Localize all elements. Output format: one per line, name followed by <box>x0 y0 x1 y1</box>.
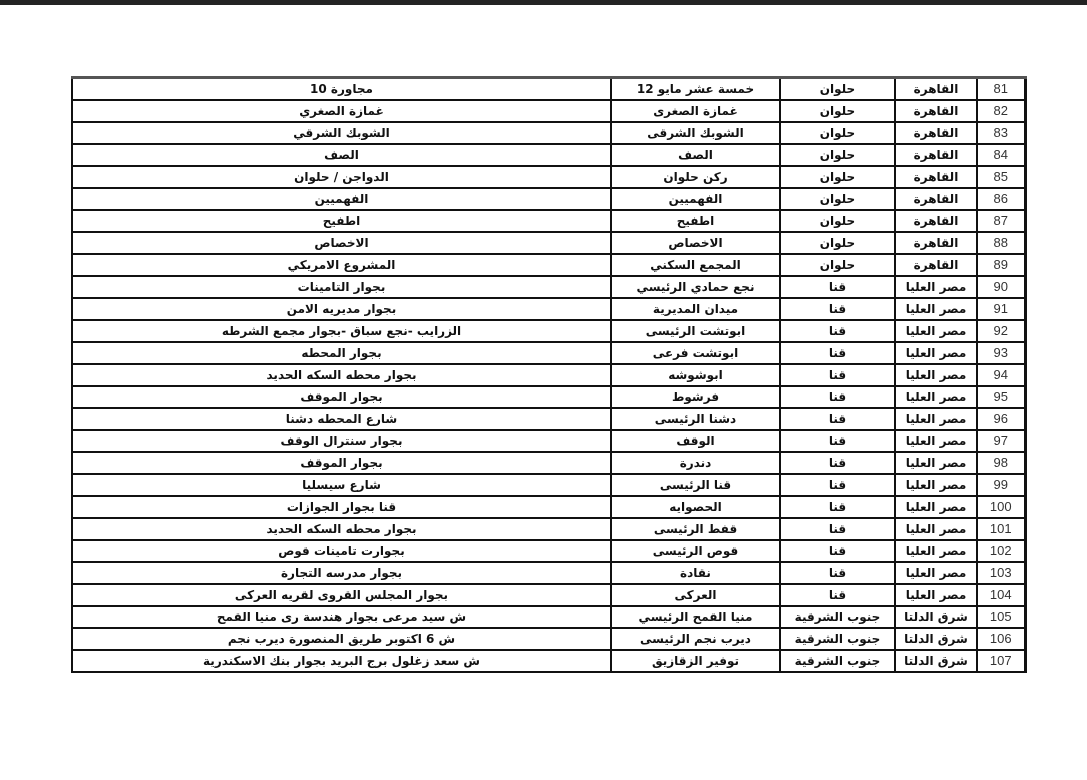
area-cell: حلوان <box>780 188 895 210</box>
branch-cell: ركن حلوان <box>611 166 780 188</box>
area-cell: قنا <box>780 408 895 430</box>
region-cell: شرق الدلتا <box>895 628 977 650</box>
branch-cell: غمازة الصغرى <box>611 100 780 122</box>
table-row: 102 مصر العليا قنا قوص الرئيسى بجوارت تا… <box>72 540 1025 562</box>
branch-cell: دندرة <box>611 452 780 474</box>
address-cell: بجوار التامينات <box>72 276 611 298</box>
address-cell: بجوار الموقف <box>72 452 611 474</box>
area-cell: حلوان <box>780 78 895 101</box>
branch-cell: اطفيح <box>611 210 780 232</box>
table-row: 92 مصر العليا قنا ابوتشت الرئيسى الزرايب… <box>72 320 1025 342</box>
region-cell: مصر العليا <box>895 496 977 518</box>
region-cell: القاهرة <box>895 188 977 210</box>
address-cell: ش سيد مرعى بجوار هندسة رى منيا القمح <box>72 606 611 628</box>
region-cell: مصر العليا <box>895 364 977 386</box>
address-cell: مجاورة 10 <box>72 78 611 101</box>
branch-cell: ابوتشت الرئيسى <box>611 320 780 342</box>
address-cell: بجوار المحطه <box>72 342 611 364</box>
area-cell: قنا <box>780 584 895 606</box>
table-row: 101 مصر العليا قنا قفط الرئيسى بجوار محط… <box>72 518 1025 540</box>
row-number-cell: 93 <box>977 342 1025 364</box>
address-cell: ش 6 اكتوبر طريق المنصورة ديرب نجم <box>72 628 611 650</box>
area-cell: قنا <box>780 364 895 386</box>
area-cell: قنا <box>780 342 895 364</box>
table-row: 104 مصر العليا قنا العركى بجوار المجلس ا… <box>72 584 1025 606</box>
address-cell: الصف <box>72 144 611 166</box>
row-number-cell: 84 <box>977 144 1025 166</box>
address-cell: الدواجن / حلوان <box>72 166 611 188</box>
region-cell: مصر العليا <box>895 430 977 452</box>
address-cell: الفهميين <box>72 188 611 210</box>
region-cell: مصر العليا <box>895 342 977 364</box>
branch-cell: العركى <box>611 584 780 606</box>
table-row: 81 القاهرة حلوان خمسة عشر مايو 12 مجاورة… <box>72 78 1025 101</box>
table-row: 97 مصر العليا قنا الوقف بجوار سنترال الو… <box>72 430 1025 452</box>
region-cell: القاهرة <box>895 166 977 188</box>
table-row: 94 مصر العليا قنا ابوشوشه بجوار محطه الس… <box>72 364 1025 386</box>
branch-cell: ديرب نجم الرئيسى <box>611 628 780 650</box>
area-cell: حلوان <box>780 254 895 276</box>
branch-cell: قنا الرئيسى <box>611 474 780 496</box>
region-cell: القاهرة <box>895 210 977 232</box>
region-cell: شرق الدلتا <box>895 650 977 672</box>
branch-cell: منيا القمح الرئيسي <box>611 606 780 628</box>
branch-cell: ابوتشت فرعى <box>611 342 780 364</box>
region-cell: القاهرة <box>895 232 977 254</box>
branch-cell: قوص الرئيسى <box>611 540 780 562</box>
row-number-cell: 86 <box>977 188 1025 210</box>
table-row: 106 شرق الدلتا جنوب الشرقية ديرب نجم الر… <box>72 628 1025 650</box>
branch-cell: ميدان المديرية <box>611 298 780 320</box>
region-cell: شرق الدلتا <box>895 606 977 628</box>
row-number-cell: 82 <box>977 100 1025 122</box>
area-cell: حلوان <box>780 232 895 254</box>
row-number-cell: 106 <box>977 628 1025 650</box>
area-cell: قنا <box>780 496 895 518</box>
row-number-cell: 87 <box>977 210 1025 232</box>
area-cell: حلوان <box>780 122 895 144</box>
region-cell: القاهرة <box>895 78 977 101</box>
address-cell: غمازة الصغري <box>72 100 611 122</box>
branch-cell: المجمع السكني <box>611 254 780 276</box>
address-cell: شارع المحطه دشنا <box>72 408 611 430</box>
row-number-cell: 88 <box>977 232 1025 254</box>
table-row: 89 القاهرة حلوان المجمع السكني المشروع ا… <box>72 254 1025 276</box>
area-cell: قنا <box>780 276 895 298</box>
row-number-cell: 101 <box>977 518 1025 540</box>
region-cell: مصر العليا <box>895 474 977 496</box>
region-cell: مصر العليا <box>895 452 977 474</box>
row-number-cell: 102 <box>977 540 1025 562</box>
region-cell: القاهرة <box>895 122 977 144</box>
area-cell: قنا <box>780 518 895 540</box>
branch-cell: دشنا الرئيسى <box>611 408 780 430</box>
table-row: 98 مصر العليا قنا دندرة بجوار الموقف <box>72 452 1025 474</box>
region-cell: القاهرة <box>895 254 977 276</box>
address-cell: ش سعد زغلول برج البريد بجوار بنك الاسكند… <box>72 650 611 672</box>
table-row: 100 مصر العليا قنا الحصوايه قنا بجوار ال… <box>72 496 1025 518</box>
row-number-cell: 107 <box>977 650 1025 672</box>
row-number-cell: 94 <box>977 364 1025 386</box>
region-cell: القاهرة <box>895 144 977 166</box>
branch-cell: الشوبك الشرقى <box>611 122 780 144</box>
region-cell: مصر العليا <box>895 298 977 320</box>
branch-cell: الصف <box>611 144 780 166</box>
row-number-cell: 92 <box>977 320 1025 342</box>
table-row: 93 مصر العليا قنا ابوتشت فرعى بجوار المح… <box>72 342 1025 364</box>
area-cell: قنا <box>780 540 895 562</box>
area-cell: جنوب الشرقية <box>780 650 895 672</box>
area-cell: قنا <box>780 474 895 496</box>
row-number-cell: 99 <box>977 474 1025 496</box>
address-cell: الشوبك الشرقي <box>72 122 611 144</box>
address-cell: بجوار مدرسه التجارة <box>72 562 611 584</box>
window-top-bar <box>0 0 1087 5</box>
table-row: 84 القاهرة حلوان الصف الصف <box>72 144 1025 166</box>
address-cell: بجوارت تامينات قوص <box>72 540 611 562</box>
row-number-cell: 105 <box>977 606 1025 628</box>
table-row: 91 مصر العليا قنا ميدان المديرية بجوار م… <box>72 298 1025 320</box>
row-number-cell: 90 <box>977 276 1025 298</box>
address-cell: بجوار المجلس القروى لقريه العركى <box>72 584 611 606</box>
area-cell: قنا <box>780 452 895 474</box>
table-row: 105 شرق الدلتا جنوب الشرقية منيا القمح ا… <box>72 606 1025 628</box>
region-cell: مصر العليا <box>895 584 977 606</box>
address-cell: المشروع الامريكي <box>72 254 611 276</box>
branch-cell: نقادة <box>611 562 780 584</box>
area-cell: جنوب الشرقية <box>780 628 895 650</box>
branch-cell: نجع حمادي الرئيسي <box>611 276 780 298</box>
row-number-cell: 89 <box>977 254 1025 276</box>
row-number-cell: 103 <box>977 562 1025 584</box>
table-row: 96 مصر العليا قنا دشنا الرئيسى شارع المح… <box>72 408 1025 430</box>
row-number-cell: 81 <box>977 78 1025 101</box>
address-cell: بجوار سنترال الوقف <box>72 430 611 452</box>
area-cell: حلوان <box>780 144 895 166</box>
row-number-cell: 104 <box>977 584 1025 606</box>
address-cell: الزرايب -نجع سباق -بجوار مجمع الشرطه <box>72 320 611 342</box>
branch-cell: خمسة عشر مايو 12 <box>611 78 780 101</box>
table-row: 86 القاهرة حلوان الفهميين الفهميين <box>72 188 1025 210</box>
branch-cell: الحصوايه <box>611 496 780 518</box>
region-cell: مصر العليا <box>895 540 977 562</box>
row-number-cell: 100 <box>977 496 1025 518</box>
region-cell: مصر العليا <box>895 386 977 408</box>
area-cell: حلوان <box>780 166 895 188</box>
table-row: 87 القاهرة حلوان اطفيح اطفيح <box>72 210 1025 232</box>
branch-cell: قفط الرئيسى <box>611 518 780 540</box>
row-number-cell: 83 <box>977 122 1025 144</box>
branch-cell: توفير الزقازيق <box>611 650 780 672</box>
region-cell: القاهرة <box>895 100 977 122</box>
region-cell: مصر العليا <box>895 562 977 584</box>
row-number-cell: 91 <box>977 298 1025 320</box>
branch-cell: الاخصاص <box>611 232 780 254</box>
table-row: 82 القاهرة حلوان غمازة الصغرى غمازة الصغ… <box>72 100 1025 122</box>
address-cell: اطفيح <box>72 210 611 232</box>
table-row: 90 مصر العليا قنا نجع حمادي الرئيسي بجوا… <box>72 276 1025 298</box>
branch-cell: الفهميين <box>611 188 780 210</box>
table-row: 88 القاهرة حلوان الاخصاص الاخصاص <box>72 232 1025 254</box>
region-cell: مصر العليا <box>895 408 977 430</box>
branch-cell: فرشوط <box>611 386 780 408</box>
region-cell: مصر العليا <box>895 276 977 298</box>
address-cell: قنا بجوار الجوازات <box>72 496 611 518</box>
branch-cell: الوقف <box>611 430 780 452</box>
address-cell: بجوار محطه السكه الحديد <box>72 364 611 386</box>
table-row: 85 القاهرة حلوان ركن حلوان الدواجن / حلو… <box>72 166 1025 188</box>
row-number-cell: 95 <box>977 386 1025 408</box>
row-number-cell: 97 <box>977 430 1025 452</box>
table-row: 107 شرق الدلتا جنوب الشرقية توفير الزقاز… <box>72 650 1025 672</box>
area-cell: قنا <box>780 562 895 584</box>
area-cell: جنوب الشرقية <box>780 606 895 628</box>
address-cell: شارع سيسليا <box>72 474 611 496</box>
table-row: 103 مصر العليا قنا نقادة بجوار مدرسه الت… <box>72 562 1025 584</box>
table-row: 95 مصر العليا قنا فرشوط بجوار الموقف <box>72 386 1025 408</box>
address-cell: الاخصاص <box>72 232 611 254</box>
area-cell: قنا <box>780 298 895 320</box>
table-row: 99 مصر العليا قنا قنا الرئيسى شارع سيسلي… <box>72 474 1025 496</box>
row-number-cell: 98 <box>977 452 1025 474</box>
region-cell: مصر العليا <box>895 518 977 540</box>
address-cell: بجوار الموقف <box>72 386 611 408</box>
address-cell: بجوار مديريه الامن <box>72 298 611 320</box>
area-cell: قنا <box>780 430 895 452</box>
region-cell: مصر العليا <box>895 320 977 342</box>
address-cell: بجوار محطه السكه الحديد <box>72 518 611 540</box>
area-cell: قنا <box>780 386 895 408</box>
table-body: 81 القاهرة حلوان خمسة عشر مايو 12 مجاورة… <box>72 78 1025 673</box>
area-cell: حلوان <box>780 100 895 122</box>
branches-table: 81 القاهرة حلوان خمسة عشر مايو 12 مجاورة… <box>71 76 1027 673</box>
row-number-cell: 85 <box>977 166 1025 188</box>
area-cell: قنا <box>780 320 895 342</box>
branch-cell: ابوشوشه <box>611 364 780 386</box>
row-number-cell: 96 <box>977 408 1025 430</box>
table-row: 83 القاهرة حلوان الشوبك الشرقى الشوبك ال… <box>72 122 1025 144</box>
area-cell: حلوان <box>780 210 895 232</box>
